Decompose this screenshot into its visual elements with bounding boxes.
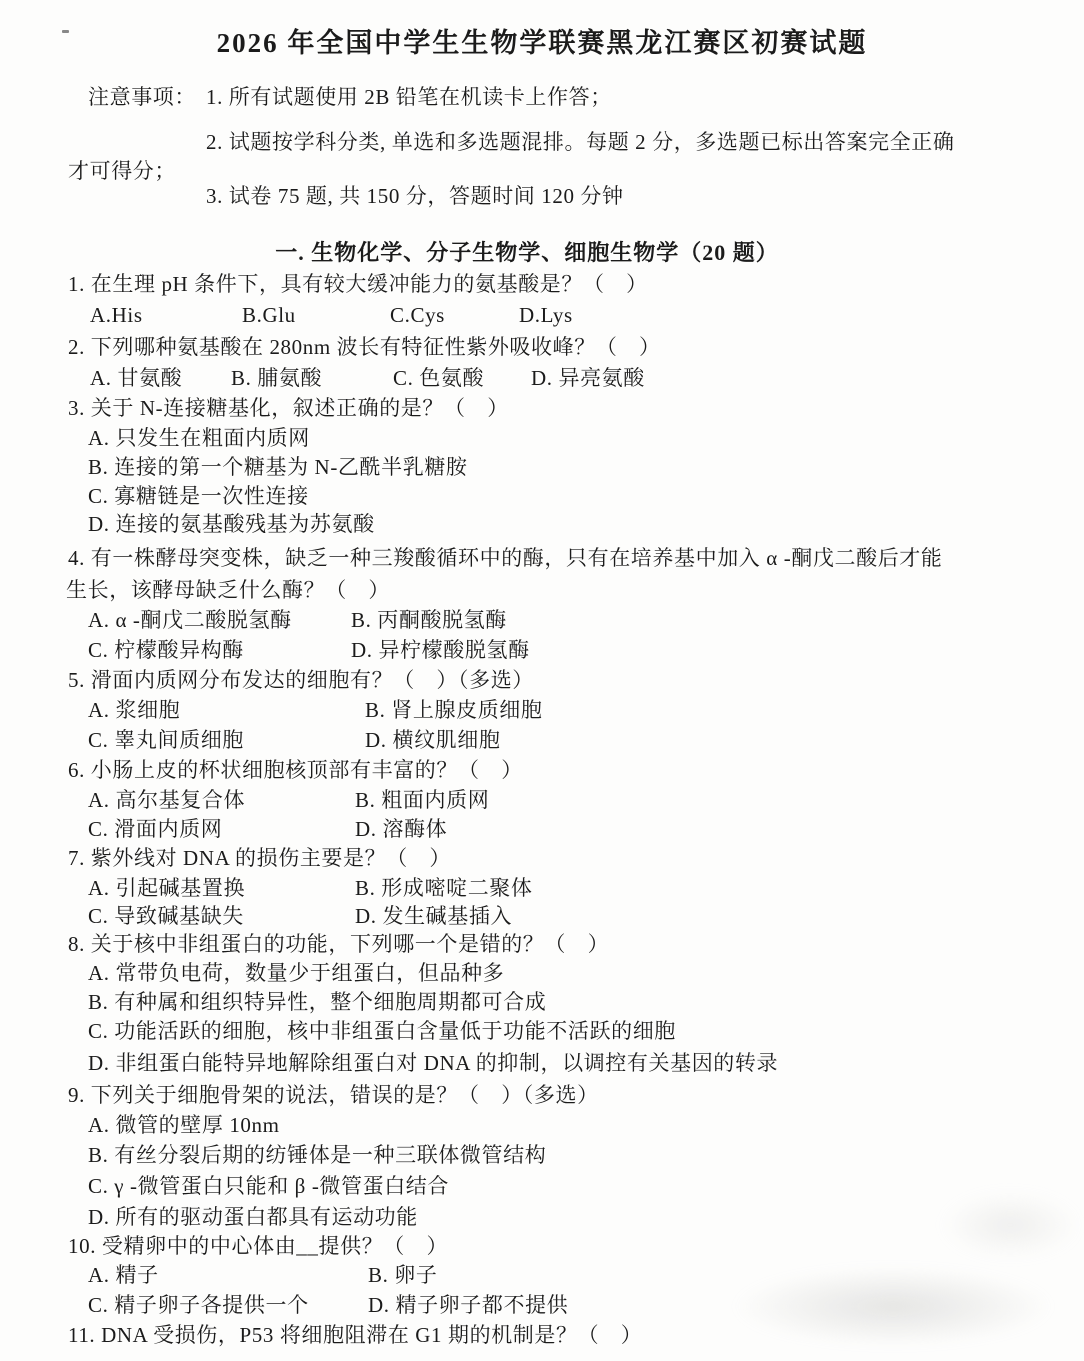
question-4-stem-line-2: 生长，该酵母缺乏什么酶？（ ） bbox=[66, 577, 390, 604]
question-6-option-a: A. 高尔基复合体 bbox=[88, 787, 245, 814]
question-8-option-b: B. 有种属和组织特异性，整个细胞周期都可合成 bbox=[88, 989, 546, 1016]
question-2-stem: 2. 下列哪种氨基酸在 280nm 波长有特征性紫外吸收峰？（ ） bbox=[68, 334, 661, 361]
notice-item-2: 2. 试题按学科分类, 单选和多选题混排。每题 2 分，多选题已标出答案完全正确 bbox=[206, 129, 955, 156]
question-1-option-d: D.Lys bbox=[519, 302, 573, 329]
question-8-option-a: A. 常带负电荷，数量少于组蛋白，但品种多 bbox=[88, 960, 504, 987]
question-4-option-a: A. α -酮戊二酸脱氢酶 bbox=[88, 607, 292, 634]
question-7-option-b: B. 形成嘧啶二聚体 bbox=[355, 875, 533, 902]
page-title: 2026 年全国中学生生物学联赛黑龙江赛区初赛试题 bbox=[0, 30, 1084, 57]
question-8-option-c: C. 功能活跃的细胞，核中非组蛋白含量低于功能不活跃的细胞 bbox=[88, 1018, 676, 1045]
question-10-option-b: B. 卵子 bbox=[368, 1262, 438, 1289]
question-6-option-c: C. 滑面内质网 bbox=[88, 816, 222, 843]
question-1-option-a: A.His bbox=[90, 302, 143, 329]
question-6-option-b: B. 粗面内质网 bbox=[355, 787, 489, 814]
question-9-option-b: B. 有丝分裂后期的纺锤体是一种三联体微管结构 bbox=[88, 1142, 546, 1169]
question-3-option-a: A. 只发生在粗面内质网 bbox=[88, 425, 310, 452]
question-3-stem: 3. 关于 N-连接糖基化，叙述正确的是？（ ） bbox=[68, 395, 509, 422]
question-9-option-a: A. 微管的壁厚 10nm bbox=[88, 1112, 280, 1139]
question-10-stem: 10. 受精卵中的中心体由__提供？（ ） bbox=[68, 1233, 448, 1260]
question-7-option-d: D. 发生碱基插入 bbox=[355, 903, 512, 930]
question-2-option-c: C. 色氨酸 bbox=[393, 365, 484, 392]
question-10-option-c: C. 精子卵子各提供一个 bbox=[88, 1292, 309, 1319]
question-4-stem-line-1: 4. 有一株酵母突变株，缺乏一种三羧酸循环中的酶，只有在培养基中加入 α -酮戊… bbox=[68, 545, 943, 572]
question-1-stem: 1. 在生理 pH 条件下，具有较大缓冲能力的氨基酸是？（ ） bbox=[68, 271, 648, 298]
question-1-option-c: C.Cys bbox=[390, 302, 445, 329]
question-4-option-c: C. 柠檬酸异构酶 bbox=[88, 637, 244, 664]
question-10-option-a: A. 精子 bbox=[88, 1262, 159, 1289]
notice-row-1: 注意事项：1. 所有试题使用 2B 铅笔在机读卡上作答； bbox=[88, 84, 612, 111]
question-3-option-b: B. 连接的第一个糖基为 N-乙酰半乳糖胺 bbox=[88, 454, 468, 481]
question-6-stem: 6. 小肠上皮的杯状细胞核顶部有丰富的？（ ） bbox=[68, 757, 523, 784]
question-1-option-b: B.Glu bbox=[242, 302, 296, 329]
notice-item-2-continuation: 才可得分； bbox=[68, 158, 176, 185]
question-7-option-c: C. 导致碱基缺失 bbox=[88, 903, 244, 930]
question-10-option-d: D. 精子卵子都不提供 bbox=[368, 1292, 568, 1319]
question-2-option-b: B. 脯氨酸 bbox=[231, 365, 322, 392]
exam-paper-page: 2026 年全国中学生生物学联赛黑龙江赛区初赛试题 注意事项：1. 所有试题使用… bbox=[0, 0, 1084, 1361]
question-9-stem: 9. 下列关于细胞骨架的说法，错误的是？（ ）（多选） bbox=[68, 1082, 599, 1109]
notice-item-3: 3. 试卷 75 题, 共 150 分，答题时间 120 分钟 bbox=[206, 183, 624, 210]
question-7-option-a: A. 引起碱基置换 bbox=[88, 875, 245, 902]
scan-shadow-artifact-upper bbox=[900, 1180, 1084, 1270]
question-9-option-d: D. 所有的驱动蛋白都具有运动功能 bbox=[88, 1204, 418, 1231]
notice-label: 注意事项： bbox=[88, 85, 196, 109]
question-3-option-d: D. 连接的氨基酸残基为苏氨酸 bbox=[88, 511, 375, 538]
question-9-option-c: C. γ -微管蛋白只能和 β -微管蛋白结合 bbox=[88, 1173, 449, 1200]
question-6-option-d: D. 溶酶体 bbox=[355, 816, 447, 843]
notice-item-1: 1. 所有试题使用 2B 铅笔在机读卡上作答； bbox=[206, 85, 612, 109]
question-2-option-d: D. 异亮氨酸 bbox=[531, 365, 645, 392]
section-header: 一. 生物化学、分子生物学、细胞生物学（20 题） bbox=[0, 239, 1054, 266]
question-4-option-b: B. 丙酮酸脱氢酶 bbox=[351, 607, 507, 634]
question-5-option-c: C. 睾丸间质细胞 bbox=[88, 727, 244, 754]
question-5-option-d: D. 横纹肌细胞 bbox=[365, 727, 500, 754]
question-2-option-a: A. 甘氨酸 bbox=[90, 365, 182, 392]
question-11-stem: 11. DNA 受损伤，P53 将细胞阻滞在 G1 期的机制是？（ ） bbox=[68, 1322, 642, 1349]
question-4-option-d: D. 异柠檬酸脱氢酶 bbox=[351, 637, 530, 664]
question-5-stem: 5. 滑面内质网分布发达的细胞有？（ ）（多选） bbox=[68, 667, 534, 694]
question-8-option-d: D. 非组蛋白能特异地解除组蛋白对 DNA 的抑制，以调控有关基因的转录 bbox=[88, 1050, 778, 1077]
question-8-stem: 8. 关于核中非组蛋白的功能，下列哪一个是错的？（ ） bbox=[68, 931, 609, 958]
question-7-stem: 7. 紫外线对 DNA 的损伤主要是？（ ） bbox=[68, 845, 451, 872]
question-5-option-a: A. 浆细胞 bbox=[88, 697, 180, 724]
scan-shadow-artifact bbox=[660, 1238, 1084, 1356]
question-5-option-b: B. 肾上腺皮质细胞 bbox=[365, 697, 543, 724]
question-3-option-c: C. 寡糖链是一次性连接 bbox=[88, 483, 309, 510]
